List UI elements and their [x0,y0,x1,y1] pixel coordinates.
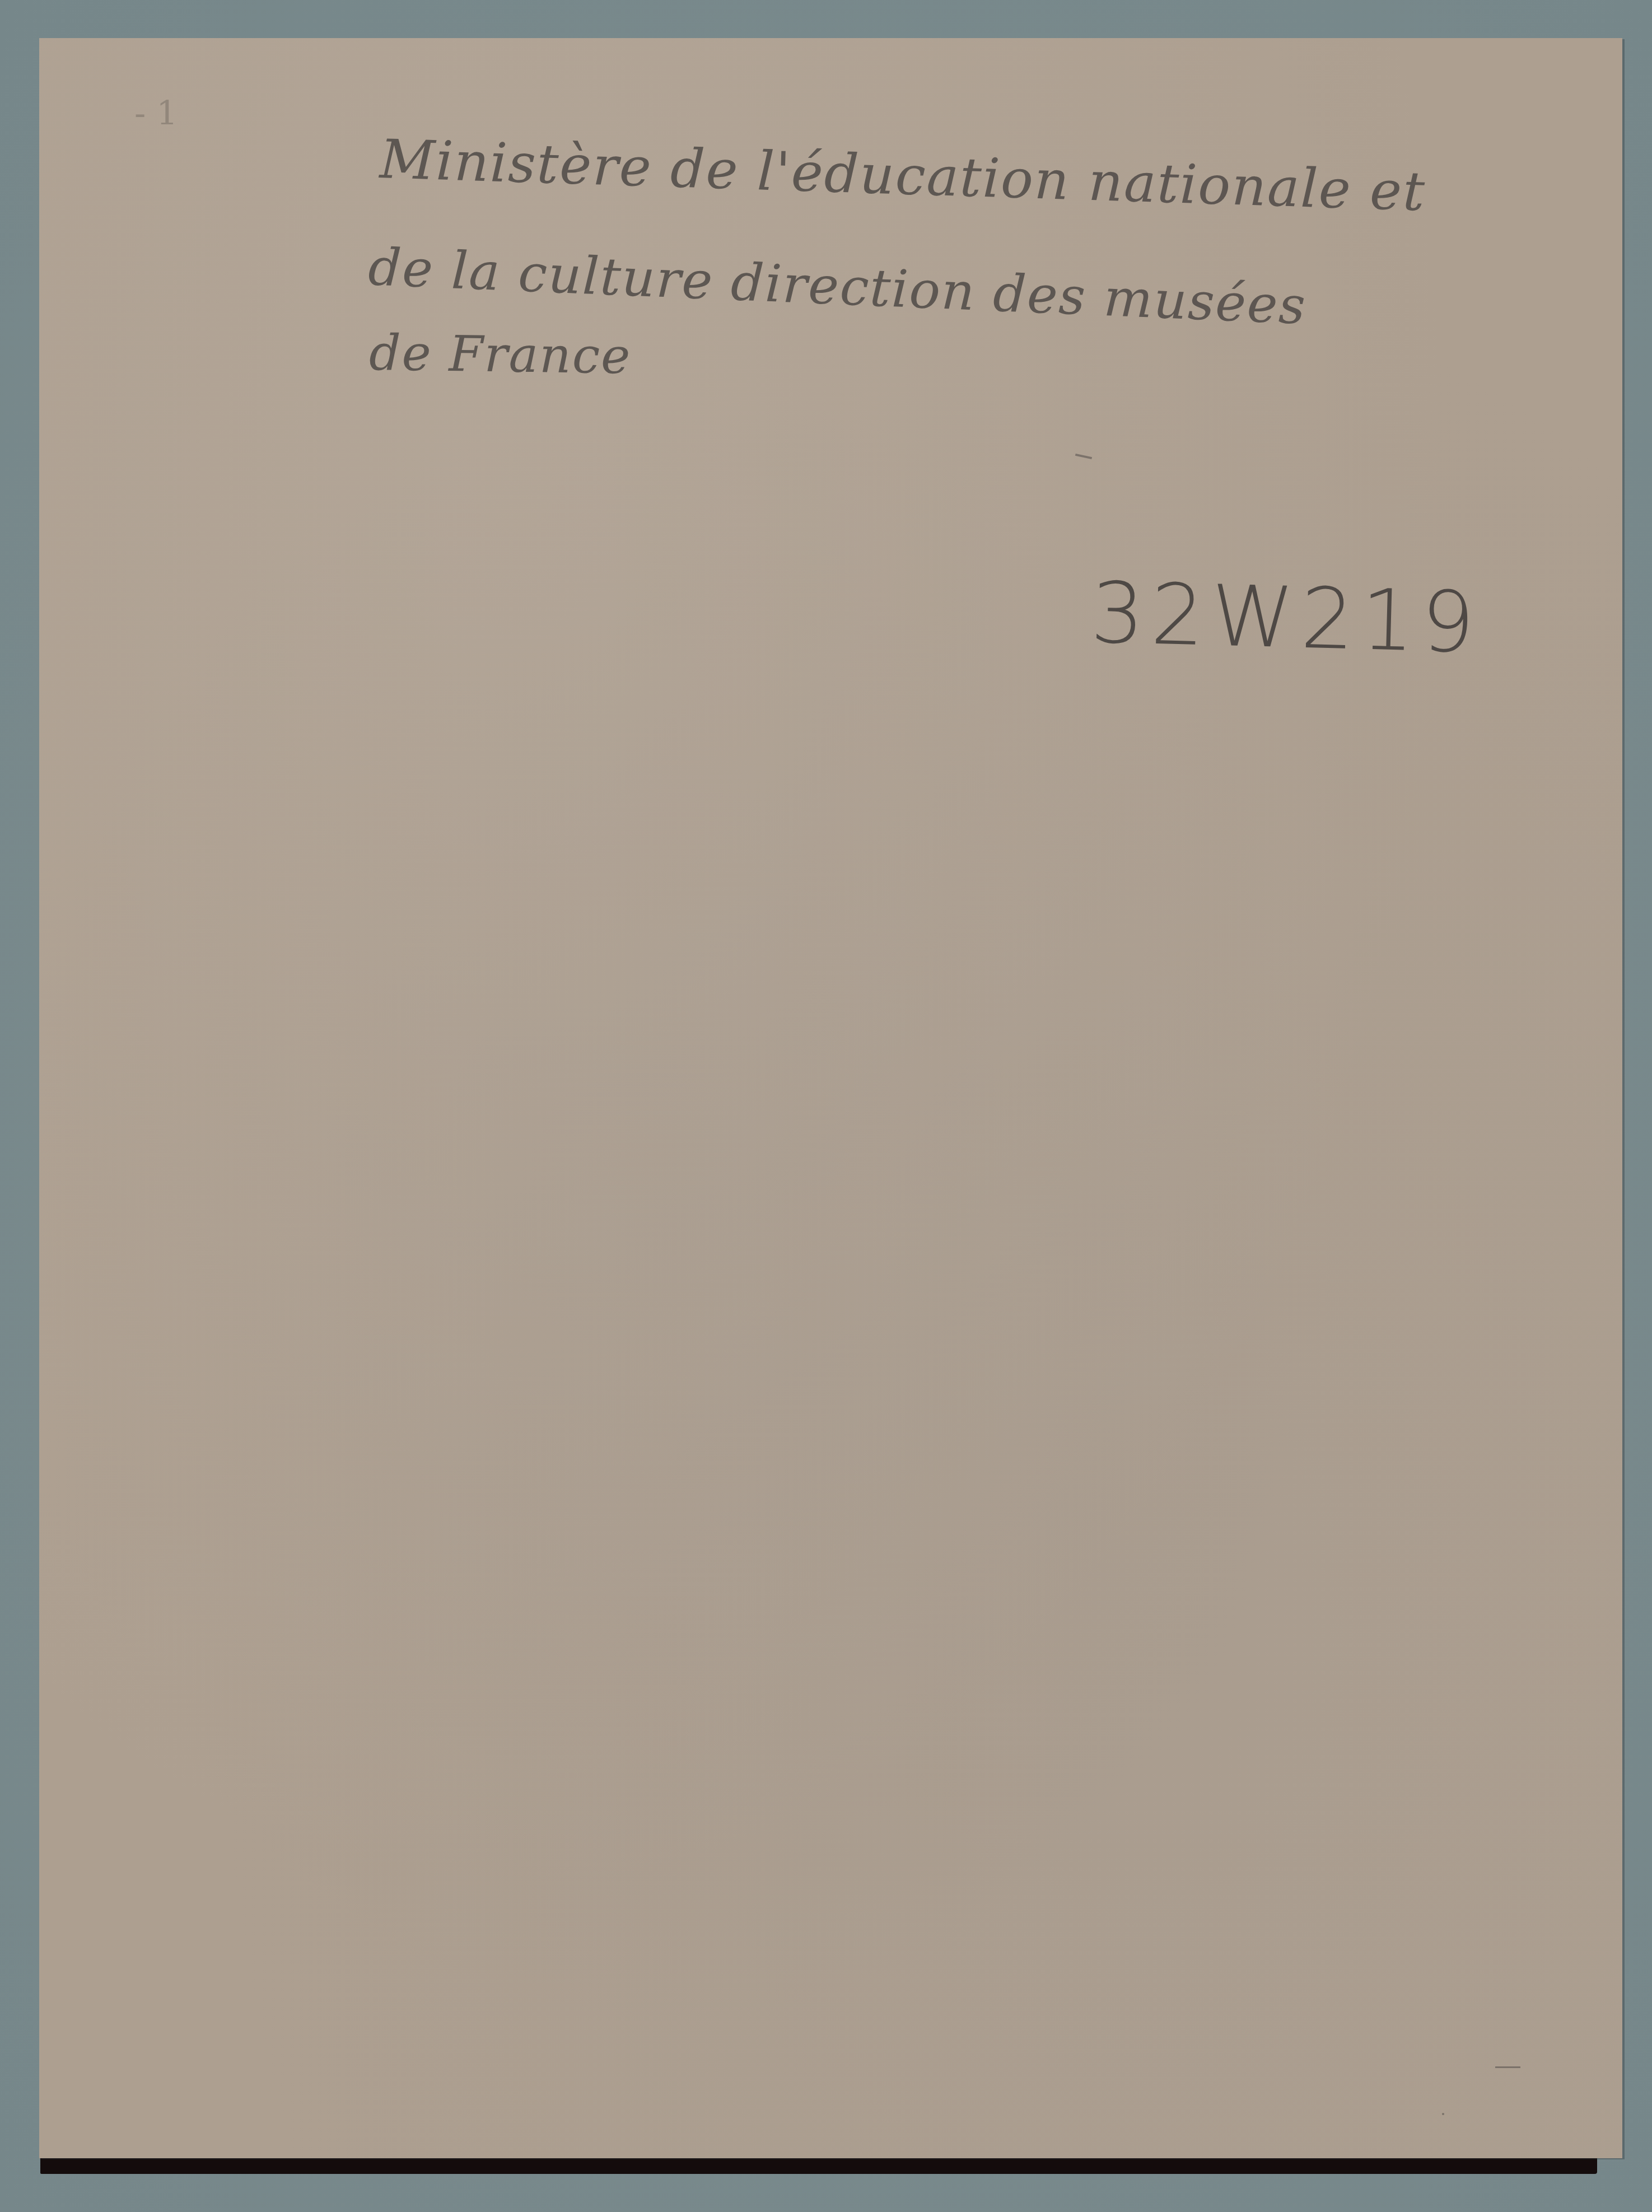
folder-bottom-edge [40,2157,1597,2174]
paper-speck [1442,2113,1444,2115]
archive-call-number: 32W219 [1089,564,1482,672]
corner-pencil-marks: - 1 [134,94,178,133]
title-line-3: de France [369,324,632,385]
title-line-2: de la culture direction des musées [367,237,1308,336]
title-line-1: Ministère de l'éducation nationale et [379,128,1426,223]
folder-cover-page: - 1 Ministère de l'éducation nationale e… [39,38,1622,2158]
paper-speck [1075,454,1092,459]
paper-speck [1495,2066,1520,2068]
